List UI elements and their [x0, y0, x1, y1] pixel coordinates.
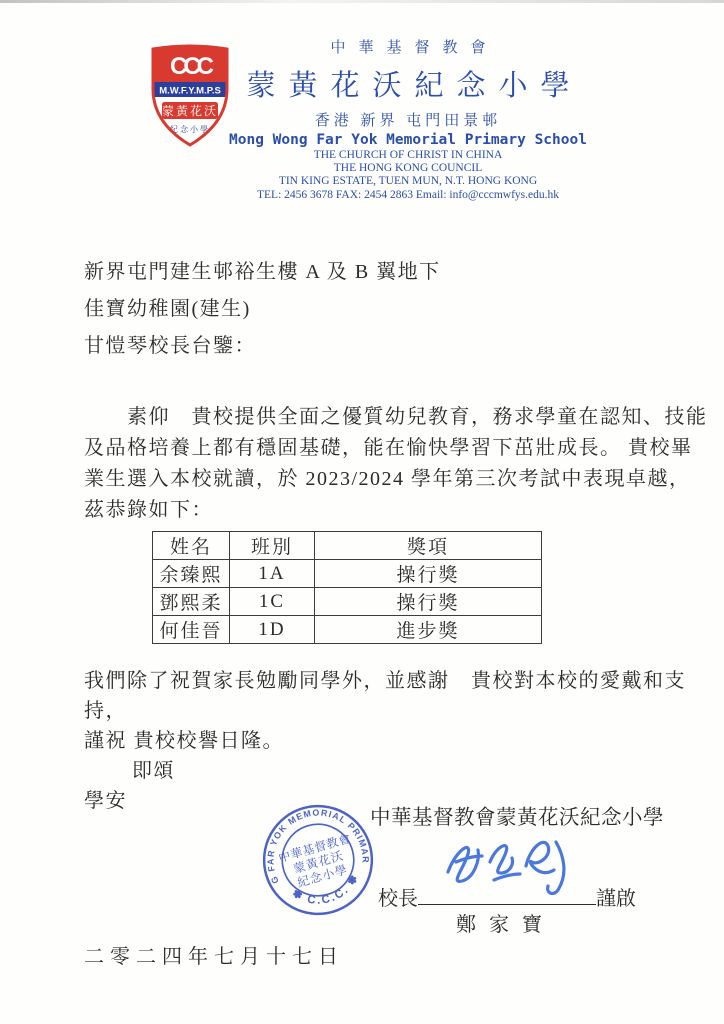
awards-table-row: 余臻熙 1A 操行獎	[153, 560, 542, 588]
body-line-1: 素仰 貴校提供全面之優質幼兒教育，務求學童在認知、技能	[84, 402, 708, 433]
recipient-address: 新界屯門建生邨裕生樓 A 及 B 翼地下	[84, 254, 441, 291]
principal-name: 鄭家寶	[456, 908, 555, 937]
award-cell: 操行獎	[315, 588, 542, 616]
signoff-respectfully: 謹啟	[596, 888, 636, 910]
scanned-letter-page: CCC M.W.F.Y.M.P.S 蒙黃花沃 紀念小學 中華基督教會 蒙黃花沃紀…	[0, 0, 724, 1024]
awards-table-row: 何佳晉 1D 進步獎	[153, 616, 542, 644]
header-address-cn: 香港 新界 屯門田景邨	[118, 109, 698, 130]
header-school-name-cn: 蒙黃花沃紀念小學	[131, 63, 698, 104]
principal-signature-row: 校長謹啟	[378, 882, 636, 911]
closing-line-1: 我們除了祝賀家長勉勵同學外，並感謝 貴校對本校的愛戴和支持，	[84, 666, 724, 726]
awards-table-row: 鄧熙柔 1C 操行獎	[153, 588, 542, 616]
closing-line-2: 謹祝 貴校校譽日隆。	[84, 726, 724, 756]
awards-table-header-row: 姓名 班別 獎項	[153, 532, 542, 560]
award-cell: 操行獎	[315, 560, 542, 588]
table-header-name: 姓名	[153, 532, 230, 560]
class-cell: 1C	[230, 588, 315, 616]
letter-date: 二零二四年七月十七日	[84, 940, 344, 969]
signoff-school-name: 中華基督教會蒙黃花沃紀念小學	[370, 800, 664, 830]
closing-line-3: 即頌	[84, 756, 724, 786]
closing-block: 我們除了祝賀家長勉勵同學外，並感謝 貴校對本校的愛戴和支持， 謹祝 貴校校譽日隆…	[84, 666, 724, 816]
student-name-cell: 何佳晉	[153, 616, 230, 644]
header-contact-line: TEL: 2456 3678 FAX: 2454 2863 Email: inf…	[118, 189, 698, 201]
principal-title-label: 校長	[378, 888, 418, 910]
body-paragraph: 素仰 貴校提供全面之優質幼兒教育，務求學童在認知、技能 及品格培養上都有穩固基礎…	[84, 402, 708, 526]
student-name-cell: 余臻熙	[153, 560, 230, 588]
recipient-salutation: 甘愷琴校長台鑒：	[84, 328, 441, 365]
body-line-2: 及品格培養上都有穩固基礎，能在愉快學習下茁壯成長。 貴校畢	[84, 433, 708, 464]
class-cell: 1D	[230, 616, 315, 644]
awards-table: 姓名 班別 獎項 余臻熙 1A 操行獎 鄧熙柔 1C 操行獎 何佳晉 1D 進步…	[152, 531, 542, 644]
signature-line	[418, 886, 596, 905]
header-school-name-en: Mong Wong Far Yok Memorial Primary Schoo…	[118, 132, 698, 148]
body-line-4: 茲恭錄如下：	[84, 495, 708, 526]
header-organisation-cn: 中華基督教會	[131, 36, 698, 57]
header-address-en: TIN KING ESTATE, TUEN MUN, N.T. HONG KON…	[118, 175, 698, 187]
student-name-cell: 鄧熙柔	[153, 588, 230, 616]
table-header-award: 獎項	[315, 532, 542, 560]
award-cell: 進步獎	[315, 616, 542, 644]
class-cell: 1A	[230, 560, 315, 588]
scan-artifact-top-edge	[0, 0, 724, 3]
letterhead: 中華基督教會 蒙黃花沃紀念小學 香港 新界 屯門田景邨 Mong Wong Fa…	[118, 36, 698, 201]
header-church-en: THE CHURCH OF CHRIST IN CHINA	[118, 149, 698, 161]
recipient-block: 新界屯門建生邨裕生樓 A 及 B 翼地下 佳寶幼稚園(建生) 甘愷琴校長台鑒：	[84, 254, 441, 365]
table-header-class: 班別	[230, 532, 315, 560]
header-council-en: THE HONG KONG COUNCIL	[118, 162, 698, 174]
recipient-name: 佳寶幼稚園(建生)	[84, 291, 441, 328]
body-line-3: 業生選入本校就讀，於 2023/2024 學年第三次考試中表現卓越，	[84, 464, 708, 495]
school-round-stamp: MONG WONG FAR YOK MEMORIAL PRIMARY SCHOO…	[260, 802, 376, 918]
